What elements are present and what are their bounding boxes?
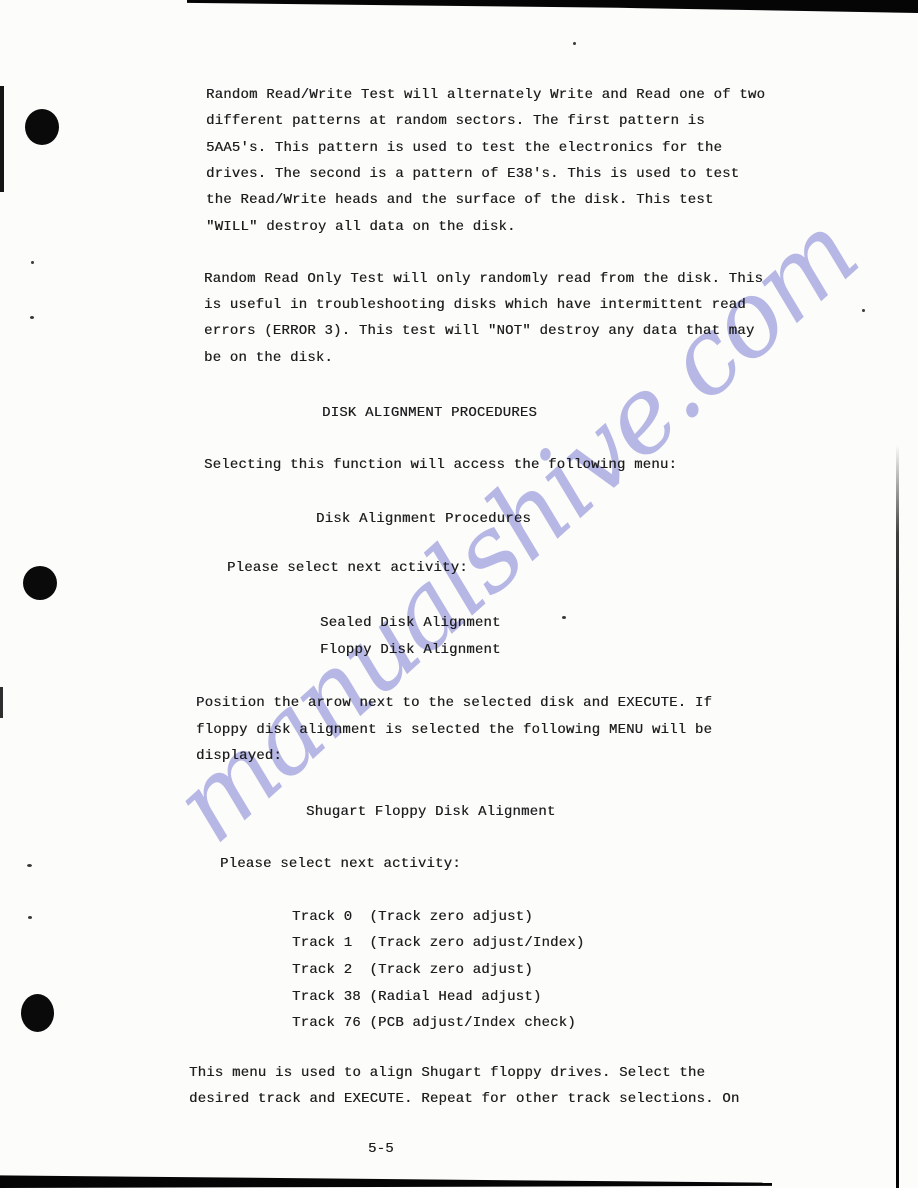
body-line: 5AA5's. This pattern is used to test the…: [206, 138, 722, 158]
scan-speck: [573, 42, 576, 45]
binder-hole: [25, 109, 59, 145]
body-line: This menu is used to align Shugart flopp…: [189, 1063, 705, 1083]
menu-prompt: Please select next activity:: [220, 854, 461, 874]
scan-right-edge-line: [896, 445, 899, 1188]
scanned-manual-page: manualshive.com Random Read/Write Test w…: [0, 0, 918, 1188]
body-line: drives. The second is a pattern of E38's…: [206, 164, 739, 184]
scan-speck: [30, 316, 34, 319]
body-line: the Read/Write heads and the surface of …: [206, 190, 713, 210]
body-line: Position the arrow next to the selected …: [196, 693, 712, 713]
body-line: be on the disk.: [204, 348, 333, 368]
scan-speck: [862, 309, 865, 312]
track-option: Track 2 (Track zero adjust): [292, 960, 533, 980]
body-line: "WILL" destroy all data on the disk.: [206, 217, 516, 237]
menu-option: Floppy Disk Alignment: [320, 640, 501, 660]
scan-top-bar: [187, 0, 918, 13]
body-line: floppy disk alignment is selected the fo…: [196, 720, 712, 740]
scan-bottom-bar: [0, 1174, 772, 1188]
scan-speck: [27, 864, 32, 867]
body-line: errors (ERROR 3). This test will "NOT" d…: [204, 321, 755, 341]
menu-title: Disk Alignment Procedures: [316, 509, 531, 529]
track-option: Track 38 (Radial Head adjust): [292, 987, 541, 1007]
scan-left-edge-mark: [0, 86, 4, 192]
scan-speck: [31, 261, 34, 264]
binder-hole: [21, 994, 54, 1032]
section-heading: DISK ALIGNMENT PROCEDURES: [322, 403, 537, 423]
menu-option: Sealed Disk Alignment: [320, 613, 501, 633]
menu-title: Shugart Floppy Disk Alignment: [306, 802, 555, 822]
track-option: Track 0 (Track zero adjust): [292, 907, 533, 927]
track-option: Track 76 (PCB adjust/Index check): [292, 1013, 576, 1033]
body-line: desired track and EXECUTE. Repeat for ot…: [189, 1089, 740, 1109]
binder-hole: [23, 566, 57, 600]
scan-speck: [28, 916, 32, 919]
scan-left-edge-mark: [0, 687, 3, 718]
body-line: Random Read Only Test will only randomly…: [204, 269, 763, 289]
body-line: different patterns at random sectors. Th…: [206, 111, 705, 131]
body-line: Selecting this function will access the …: [204, 455, 677, 475]
scan-speck: [562, 616, 566, 619]
body-line: is useful in troubleshooting disks which…: [204, 295, 746, 315]
menu-prompt: Please select next activity:: [227, 558, 468, 578]
page-number: 5-5: [368, 1139, 394, 1159]
body-line: Random Read/Write Test will alternately …: [206, 85, 765, 105]
track-option: Track 1 (Track zero adjust/Index): [292, 933, 584, 953]
body-line: displayed:: [196, 746, 282, 766]
